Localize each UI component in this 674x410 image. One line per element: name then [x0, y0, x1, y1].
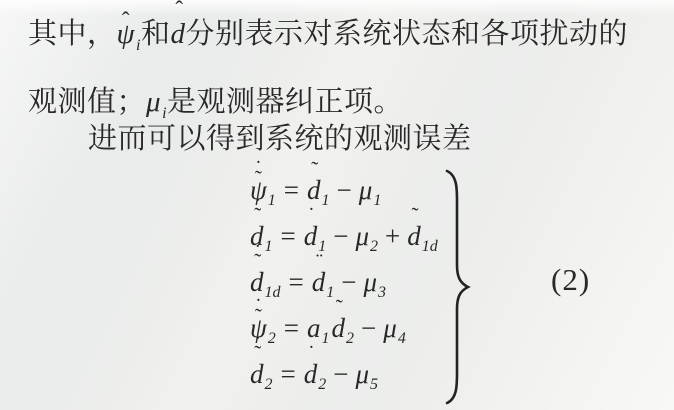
equation-line-3: ˙˜d1d=¨d1−μ3: [250, 259, 438, 305]
math-var-mu4: μ: [383, 313, 397, 343]
math-var-mu2: μ: [355, 221, 369, 251]
paragraph-2: 进而可以得到系统的观测误差: [88, 118, 472, 160]
math-var-mu5: μ: [355, 359, 369, 389]
math-subscript: 1: [268, 192, 276, 209]
equation-line-2: ˙˜d1=˙d1−μ2+˜d1d: [250, 213, 438, 259]
math-var-mu3: μ: [363, 267, 377, 297]
math-var-mu1: μ: [359, 175, 373, 205]
math-subscript: 3: [378, 284, 386, 301]
math-subscript: 1: [322, 330, 330, 347]
math-subscript: 1: [373, 192, 381, 209]
tilde-accent-icon: ˜: [255, 168, 262, 189]
minus-sign: −: [326, 221, 355, 251]
text-run: 分别表示对系统状态和各项扰动的: [186, 18, 629, 50]
right-brace-icon: [443, 169, 473, 405]
equation-line-4: ˙˜ψ2=a1˜d2−μ4: [250, 305, 438, 351]
dot-accent-icon: ˙: [308, 343, 315, 364]
tilde-accent-icon: ˜: [254, 343, 261, 364]
equals-sign: =: [273, 221, 304, 251]
math-var-d2-dot: ˙d: [304, 351, 318, 397]
plus-sign: +: [378, 221, 407, 251]
math-subscript: 4: [398, 330, 406, 347]
equation-line-1: ˙˜ψ1=˜d1−μ1: [250, 167, 438, 213]
math-subscript: 1d: [265, 284, 281, 301]
minus-sign: −: [334, 267, 363, 297]
math-var-d2-error: ˙˜d: [250, 351, 264, 397]
tilde-accent-icon: ˜: [254, 251, 261, 272]
text-run: 观测值；: [28, 86, 146, 118]
dot-accent-icon: ˙: [308, 205, 315, 226]
math-base: d: [171, 18, 186, 50]
document-page: 其中，ˆψi和ˆd分别表示对系统状态和各项扰动的观测值；μi是观测器纠正项。 进…: [0, 0, 674, 410]
equals-sign: =: [281, 267, 312, 297]
math-subscript: 2: [370, 238, 378, 255]
equation-block: ˙˜ψ1=˜d1−μ1 ˙˜d1=˙d1−μ2+˜d1d ˙˜d1d=¨d1−μ…: [250, 167, 438, 397]
text-run: 其中，: [28, 18, 117, 50]
math-subscript: 1: [265, 238, 273, 255]
math-var-d1-ddot: ¨d: [312, 259, 326, 305]
math-subscript: 1d: [422, 238, 438, 255]
minus-sign: −: [330, 175, 359, 205]
math-subscript: 2: [346, 330, 354, 347]
double-dot-accent-icon: ¨: [316, 251, 323, 272]
text-run: 进而可以得到系统的观测误差: [88, 123, 472, 155]
tilde-accent-icon: ˜: [311, 159, 318, 180]
equals-sign: =: [276, 313, 307, 343]
minus-sign: −: [354, 313, 383, 343]
tilde-accent-icon: ˜: [411, 205, 418, 226]
text-run: 是观测器纠正项。: [167, 86, 403, 118]
text-run: 和: [141, 18, 171, 50]
math-var-d2-tilde: ˜d: [332, 305, 346, 351]
math-subscript: 5: [370, 376, 378, 393]
hat-accent-icon: ˆ: [175, 0, 183, 21]
math-var-d1d-tilde: ˜d: [407, 213, 421, 259]
math-base: μ: [146, 86, 161, 118]
tilde-accent-icon: ˜: [336, 297, 343, 318]
math-var-psi-hat: ˆψ: [117, 6, 136, 62]
math-subscript: 2: [265, 376, 273, 393]
hat-accent-icon: ˆ: [122, 9, 130, 32]
equals-sign: =: [273, 359, 304, 389]
tilde-accent-icon: ˜: [254, 205, 261, 226]
math-var-a1: a: [307, 313, 321, 343]
equals-sign: =: [276, 175, 307, 205]
math-var-d-hat: ˆd: [171, 6, 186, 62]
equation-number: (2): [551, 262, 590, 298]
equation-line-5: ˙˜d2=˙d2−μ5: [250, 351, 438, 397]
tilde-accent-icon: ˜: [255, 306, 262, 327]
math-subscript: 1: [322, 192, 330, 209]
math-subscript: 2: [268, 330, 276, 347]
minus-sign: −: [326, 359, 355, 389]
